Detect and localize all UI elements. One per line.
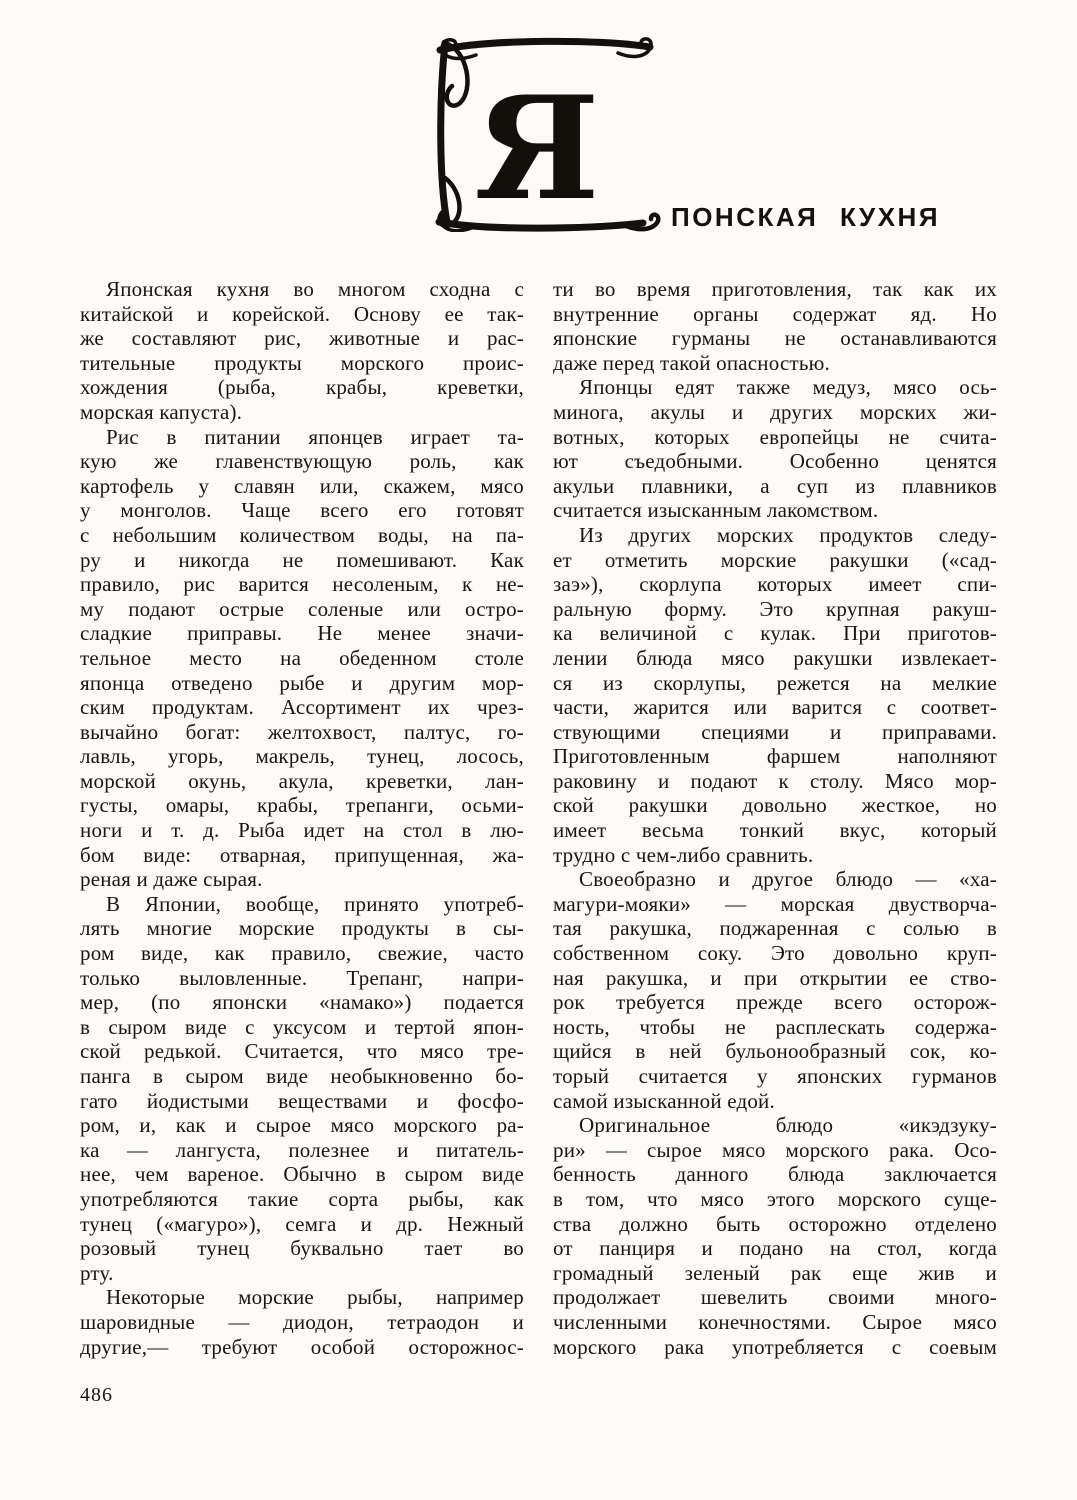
paragraph: Из других морских продуктов следу-ет отм… bbox=[553, 523, 997, 867]
text-line: от панциря и подано на стол, когда bbox=[553, 1236, 997, 1261]
text-line: считается изысканным лакомством. bbox=[553, 498, 997, 523]
text-line: ром, и, как и сырое мясо морского ра- bbox=[80, 1113, 524, 1138]
text-line: правило, рис варится несоленым, к не- bbox=[80, 572, 524, 597]
text-line: Оригинальное блюдо «икэдзуку- bbox=[553, 1113, 997, 1138]
text-line: хождения (рыба, крабы, креветки, bbox=[80, 375, 524, 400]
text-line: внутренние органы содержат яд. Но bbox=[553, 302, 997, 327]
text-line: численными конечностями. Сырое мясо bbox=[553, 1310, 997, 1335]
text-line: вычайно богат: желтохвост, палтус, го- bbox=[80, 720, 524, 745]
text-line: трудно с чем-либо сравнить. bbox=[553, 843, 997, 868]
text-line: ся из скорлупы, режется на мелкие bbox=[553, 671, 997, 696]
text-line: с небольшим количеством воды, на па- bbox=[80, 523, 524, 548]
text-line: ка величиной с кулак. При приготов- bbox=[553, 621, 997, 646]
text-line: продолжает шевелить своими много- bbox=[553, 1285, 997, 1310]
text-line: торый считается у японских гурманов bbox=[553, 1064, 997, 1089]
text-line: собственном соку. Это довольно круп- bbox=[553, 941, 997, 966]
text-line: в сыром виде с уксусом и тертой япон- bbox=[80, 1015, 524, 1040]
text-line: ноги и т. д. Рыба идет на стол в лю- bbox=[80, 818, 524, 843]
text-line: заэ»), скорлупа которых имеет спи- bbox=[553, 572, 997, 597]
text-line: ства должно быть осторожно отделено bbox=[553, 1212, 997, 1237]
paragraph: Оригинальное блюдо «икэдзуку-ри» — сырое… bbox=[553, 1113, 997, 1359]
text-line: раковину и подают к столу. Мясо мор- bbox=[553, 769, 997, 794]
text-line: самой изысканной едой. bbox=[553, 1089, 997, 1114]
text-line: ют съедобными. Особенно ценятся bbox=[553, 449, 997, 474]
text-line: нее, чем вареное. Обычно в сыром виде bbox=[80, 1162, 524, 1187]
text-line: му подают острые соленые или остро- bbox=[80, 597, 524, 622]
text-line: ской редькой. Считается, что мясо тре- bbox=[80, 1039, 524, 1064]
text-line: ской ракушки довольно жесткое, но bbox=[553, 793, 997, 818]
text-line: кую же главенствующую роль, как bbox=[80, 449, 524, 474]
text-line: Приготовленным фаршем наполняют bbox=[553, 744, 997, 769]
page-number: 486 bbox=[80, 1384, 113, 1407]
text-line: ским продуктам. Ассортимент их чрез- bbox=[80, 695, 524, 720]
text-line: ти во время приготовления, так как их bbox=[553, 277, 997, 302]
text-line: панга в сыром виде необыкновенно бо- bbox=[80, 1064, 524, 1089]
text-line: Рис в питании японцев играет та- bbox=[80, 425, 524, 450]
text-line: ральную форму. Это крупная ракуш- bbox=[553, 597, 997, 622]
text-line: тельное место на обеденном столе bbox=[80, 646, 524, 671]
text-line: японца отведено рыбе и другим мор- bbox=[80, 671, 524, 696]
text-line: В Японии, вообще, принято употреб- bbox=[80, 892, 524, 917]
text-line: ет отметить морские ракушки («сад- bbox=[553, 548, 997, 573]
text-line: ка — лангуста, полезнее и питатель- bbox=[80, 1138, 524, 1163]
text-line: бом виде: отварная, припущенная, жа- bbox=[80, 843, 524, 868]
text-line: густы, омары, крабы, трепанги, осьми- bbox=[80, 793, 524, 818]
text-line: же составляют рис, животные и рас- bbox=[80, 326, 524, 351]
text-line: части, жарится или варится с соответ- bbox=[553, 695, 997, 720]
paragraph: Японская кухня во многом сходна скитайск… bbox=[80, 277, 524, 425]
text-line: ствующими специями и приправами. bbox=[553, 720, 997, 745]
paragraph: Японцы едят также медуз, мясо ось-минога… bbox=[553, 375, 997, 523]
drop-cap-ornament: Я bbox=[430, 30, 662, 232]
paragraph: Некоторые морские рыбы, напримершаровидн… bbox=[80, 1285, 524, 1359]
text-line: употребляются такие сорта рыбы, как bbox=[80, 1187, 524, 1212]
text-line: реная и даже сырая. bbox=[80, 867, 524, 892]
paragraph: ти во время приготовления, так как ихвну… bbox=[553, 277, 997, 375]
text-line: Японцы едят также медуз, мясо ось- bbox=[553, 375, 997, 400]
text-line: ри» — сырое мясо морского рака. Осо- bbox=[553, 1138, 997, 1163]
chapter-title: ПОНСКАЯ КУХНЯ bbox=[671, 203, 940, 231]
text-line: Из других морских продуктов следу- bbox=[553, 523, 997, 548]
paragraph: В Японии, вообще, принято употреб-лять м… bbox=[80, 892, 524, 1286]
text-line: японские гурманы не останавливаются bbox=[553, 326, 997, 351]
text-line: сладкие приправы. Не менее значи- bbox=[80, 621, 524, 646]
page: Я ПОНСКАЯ КУХНЯ Японская кухня во многом… bbox=[0, 0, 1077, 1500]
text-line: Японская кухня во многом сходна с bbox=[80, 277, 524, 302]
paragraph: Рис в питании японцев играет та-кую же г… bbox=[80, 425, 524, 892]
paragraph: Своеобразно и другое блюдо — «ха-магури-… bbox=[553, 867, 997, 1113]
text-line: минога, акулы и других морских жи- bbox=[553, 400, 997, 425]
text-line: тунец («магуро»), семга и др. Нежный bbox=[80, 1212, 524, 1237]
column-right: ти во время приготовления, так как ихвну… bbox=[553, 277, 997, 1359]
text-line: лавль, угорь, макрель, тунец, лосось, bbox=[80, 744, 524, 769]
text-line: Некоторые морские рыбы, например bbox=[80, 1285, 524, 1310]
text-line: у монголов. Чаще всего его готовят bbox=[80, 498, 524, 523]
text-line: даже перед такой опасностью. bbox=[553, 351, 997, 376]
text-line: ру и никогда не помешивают. Как bbox=[80, 548, 524, 573]
text-line: рок требуется прежде всего осторож- bbox=[553, 990, 997, 1015]
text-line: ная ракушка, и при открытии ее ство- bbox=[553, 966, 997, 991]
text-line: морской окунь, акула, креветки, лан- bbox=[80, 769, 524, 794]
text-line: мер, (по японски «намако») подается bbox=[80, 990, 524, 1015]
text-line: магури-мояки» — морская двустворча- bbox=[553, 892, 997, 917]
text-line: только выловленные. Трепанг, напри- bbox=[80, 966, 524, 991]
text-line: тая ракушка, поджаренная с солью в bbox=[553, 916, 997, 941]
text-line: бенность данного блюда заключается bbox=[553, 1162, 997, 1187]
text-line: другие,— требуют особой осторожнос- bbox=[80, 1335, 524, 1360]
text-line: вотных, которых европейцы не счита- bbox=[553, 425, 997, 450]
chapter-headpiece: Я ПОНСКАЯ КУХНЯ bbox=[0, 0, 1077, 260]
text-line: ром виде, как правило, свежие, часто bbox=[80, 941, 524, 966]
text-line: гато йодистыми веществами и фосфо- bbox=[80, 1089, 524, 1114]
text-line: ность, чтобы не расплескать содержа- bbox=[553, 1015, 997, 1040]
text-line: лении блюда мясо ракушки извлекает- bbox=[553, 646, 997, 671]
text-line: морского рака употребляется с соевым bbox=[553, 1335, 997, 1360]
text-line: имеет весьма тонкий вкус, который bbox=[553, 818, 997, 843]
text-line: шаровидные — диодон, тетраодон и bbox=[80, 1310, 524, 1335]
text-line: картофель у славян или, скажем, мясо bbox=[80, 474, 524, 499]
text-line: тительные продукты морского проис- bbox=[80, 351, 524, 376]
text-line: морская капуста). bbox=[80, 400, 524, 425]
text-line: громадный зеленый рак еще жив и bbox=[553, 1261, 997, 1286]
text-line: в том, что мясо этого морского суще- bbox=[553, 1187, 997, 1212]
text-line: розовый тунец буквально тает во bbox=[80, 1236, 524, 1261]
text-line: Своеобразно и другое блюдо — «ха- bbox=[553, 867, 997, 892]
text-line: щийся в ней бульонообразный сок, ко- bbox=[553, 1039, 997, 1064]
drop-cap-letter: Я bbox=[474, 66, 599, 232]
text-line: лять многие морские продукты в сы- bbox=[80, 916, 524, 941]
text-line: китайской и корейской. Основу ее так- bbox=[80, 302, 524, 327]
column-left: Японская кухня во многом сходна скитайск… bbox=[80, 277, 524, 1359]
text-line: акульи плавники, а суп из плавников bbox=[553, 474, 997, 499]
text-line: рту. bbox=[80, 1261, 524, 1286]
